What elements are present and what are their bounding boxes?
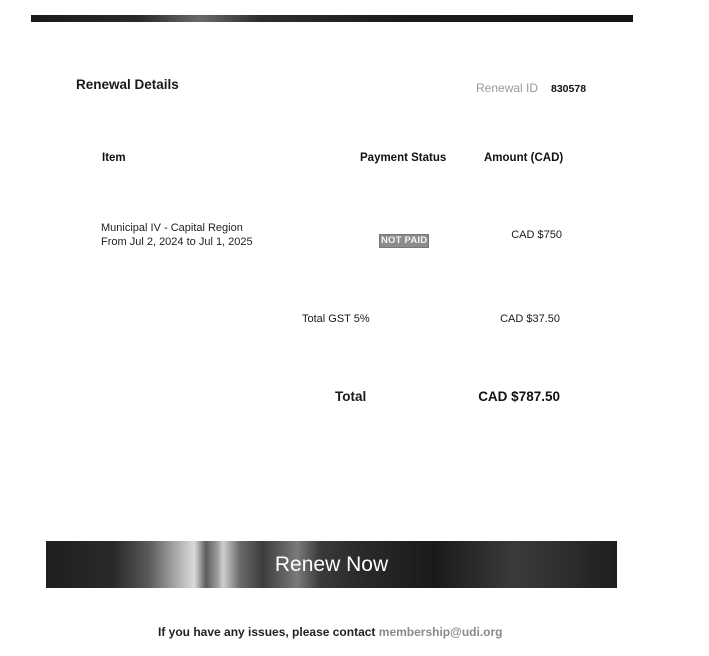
page-title: Renewal Details (76, 77, 179, 92)
gst-label: Total GST 5% (302, 313, 370, 325)
total-label: Total (335, 389, 366, 404)
top-divider-bar (31, 15, 633, 22)
item-title: Municipal IV - Capital Region (101, 221, 253, 235)
renewal-id-label: Renewal ID (476, 81, 538, 95)
payment-status-badge: NOT PAID (379, 234, 429, 248)
total-amount: CAD $787.50 (478, 389, 560, 404)
table-row-item: Municipal IV - Capital Region From Jul 2… (101, 221, 253, 249)
column-header-payment-status: Payment Status (360, 152, 446, 164)
contact-email-link[interactable]: membership@udi.org (379, 625, 503, 639)
gst-amount: CAD $37.50 (500, 313, 560, 325)
item-period: From Jul 2, 2024 to Jul 1, 2025 (101, 235, 253, 249)
footer-contact: If you have any issues, please contact m… (158, 625, 503, 639)
item-amount: CAD $750 (511, 229, 562, 241)
column-header-amount: Amount (CAD) (484, 152, 563, 164)
footer-text: If you have any issues, please contact (158, 625, 375, 639)
renew-now-button[interactable]: Renew Now (46, 541, 617, 588)
column-header-item: Item (102, 152, 126, 164)
renewal-id-value: 830578 (551, 83, 586, 95)
